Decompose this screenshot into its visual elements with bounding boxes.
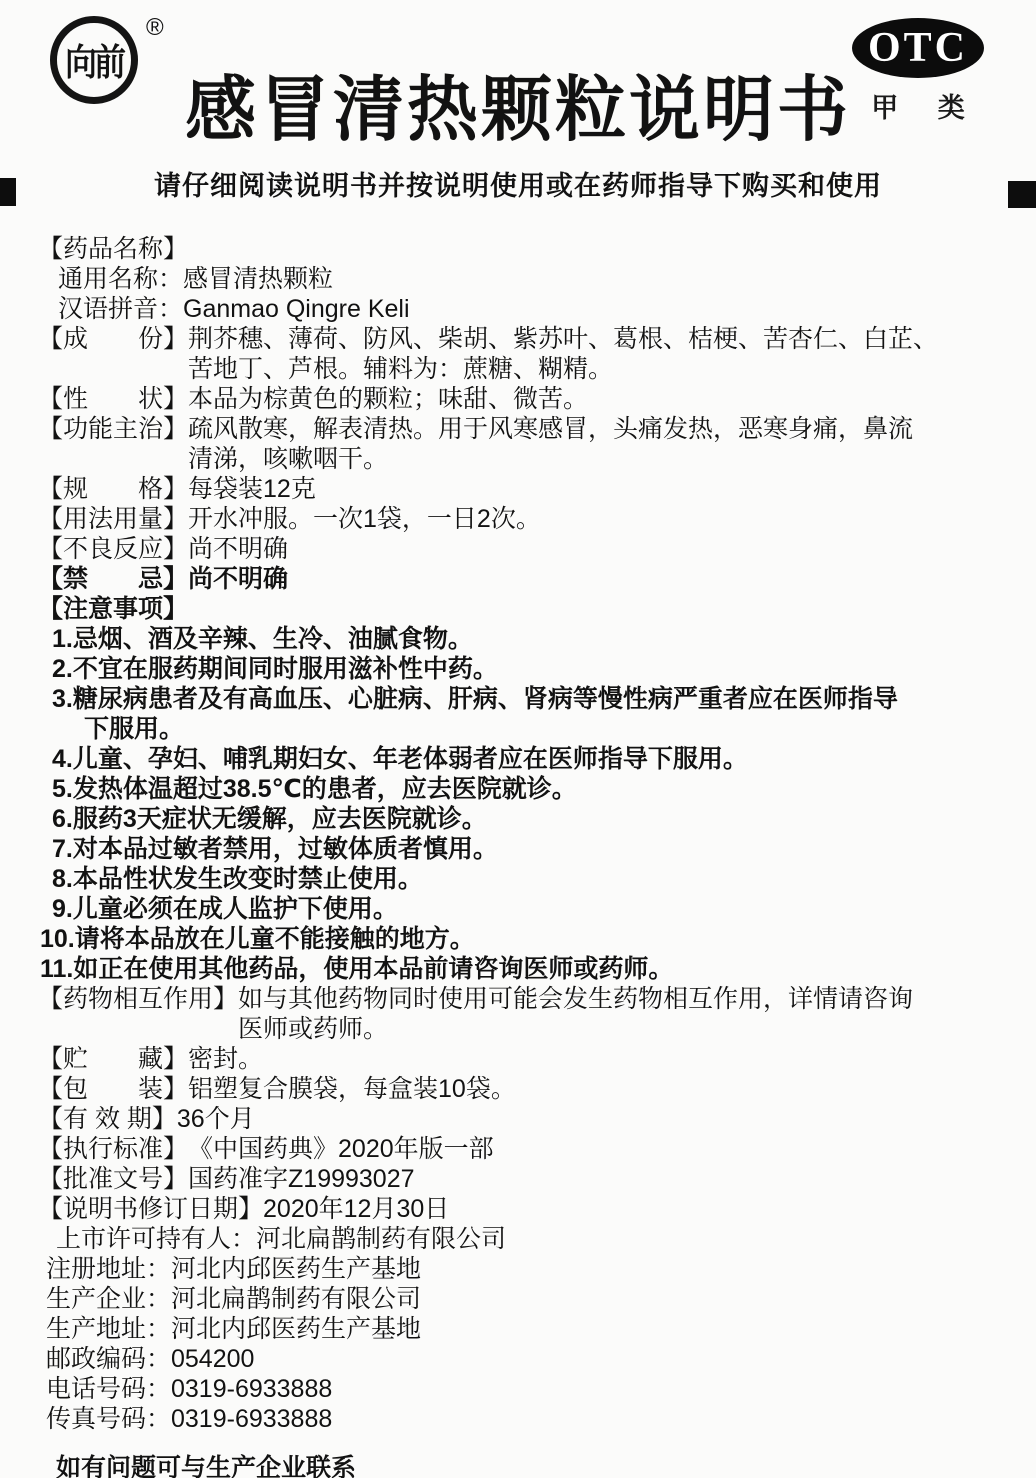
registered-trademark-icon: ® — [146, 14, 164, 42]
section-drug-name: 【药品名称】 — [38, 234, 1004, 264]
otc-badge: OTC 甲 类 — [848, 18, 988, 125]
section-label: 【贮 藏】 — [38, 1044, 188, 1074]
fax-number-line: 传真号码：0319-6933888 — [38, 1404, 1004, 1434]
section-text: 《中国药典》2020年版一部 — [188, 1134, 1004, 1164]
section-properties: 【性 状】 本品为棕黄色的颗粒；味甜、微苦。 — [38, 384, 1004, 414]
functions-line-1: 疏风散寒，解表清热。用于风寒感冒，头痛发热，恶寒身痛，鼻流 — [188, 414, 1004, 444]
phone-number-line: 电话号码：0319-6933888 — [38, 1374, 1004, 1404]
precaution-item-4: 4.儿童、孕妇、哺乳期妇女、年老体弱者应在医师指导下服用。 — [38, 744, 1004, 774]
section-executive-standard: 【执行标准】 《中国药典》2020年版一部 — [38, 1134, 1004, 1164]
section-label: 【药物相互作用】 — [38, 984, 238, 1014]
precaution-item-1: 1.忌烟、酒及辛辣、生冷、油腻食物。 — [38, 624, 1004, 654]
otc-oval-icon: OTC — [852, 18, 984, 78]
section-text: 本品为棕黄色的颗粒；味甜、微苦。 — [188, 384, 1004, 414]
otc-class-label: 甲 类 — [848, 86, 988, 125]
section-approval-number: 【批准文号】 国药准字Z19993027 — [38, 1164, 1004, 1194]
section-text: 如与其他药物同时使用可能会发生药物相互作用，详情请咨询 医师或药师。 — [238, 984, 1004, 1044]
section-label: 【禁 忌】 — [38, 564, 188, 594]
section-validity-period: 【有 效 期】 36个月 — [38, 1104, 1004, 1134]
section-label: 【注意事项】 — [38, 594, 188, 624]
section-label: 【用法用量】 — [38, 504, 188, 534]
functions-line-2: 清涕，咳嗽咽干。 — [188, 444, 1004, 474]
interactions-line-1: 如与其他药物同时使用可能会发生药物相互作用，详情请咨询 — [238, 984, 1004, 1014]
section-text: 36个月 — [177, 1104, 1004, 1134]
section-revision-date: 【说明书修订日期】 2020年12月30日 — [38, 1194, 1004, 1224]
section-label: 【性 状】 — [38, 384, 188, 414]
section-text: 2020年12月30日 — [263, 1194, 1004, 1224]
section-ingredients: 【成 份】 荆芥穗、薄荷、防风、柴胡、紫苏叶、葛根、桔梗、苦杏仁、白芷、 苦地丁… — [38, 324, 1004, 384]
section-label: 【不良反应】 — [38, 534, 188, 564]
section-storage: 【贮 藏】 密封。 — [38, 1044, 1004, 1074]
section-label: 【功能主治】 — [38, 414, 188, 444]
section-text: 尚不明确 — [188, 564, 1004, 594]
section-label: 【执行标准】 — [38, 1134, 188, 1164]
interactions-line-2: 医师或药师。 — [238, 1014, 1004, 1044]
section-text: 开水冲服。一次1袋，一日2次。 — [188, 504, 1004, 534]
pinyin-line: 汉语拼音：Ganmao Qingre Keli — [38, 294, 1004, 324]
section-specification: 【规 格】 每袋装12克 — [38, 474, 1004, 504]
section-contraindications: 【禁 忌】 尚不明确 — [38, 564, 1004, 594]
section-label: 【成 份】 — [38, 324, 188, 354]
precaution-item-3-continuation: 下服用。 — [38, 714, 1004, 744]
brand-logo-icon: 向前 — [50, 16, 138, 104]
generic-name-line: 通用名称：感冒清热颗粒 — [38, 264, 1004, 294]
page-edge-tab-left — [0, 178, 16, 206]
production-address-line: 生产地址：河北内邱医药生产基地 — [38, 1314, 1004, 1344]
precaution-item-3: 3.糖尿病患者及有高血压、心脏病、肝病、肾病等慢性病严重者应在医师指导 — [38, 684, 1004, 714]
precaution-item-11: 11.如正在使用其他药品，使用本品前请咨询医师或药师。 — [38, 954, 1004, 984]
precaution-item-5: 5.发热体温超过38.5℃的患者，应去医院就诊。 — [38, 774, 1004, 804]
precaution-item-8: 8.本品性状发生改变时禁止使用。 — [38, 864, 1004, 894]
leaflet-body: 【药品名称】 通用名称：感冒清热颗粒 汉语拼音：Ganmao Qingre Ke… — [0, 228, 1036, 1224]
section-label: 【批准文号】 — [38, 1164, 188, 1194]
section-label: 【说明书修订日期】 — [38, 1194, 263, 1224]
precaution-item-6: 6.服药3天症状无缓解，应去医院就诊。 — [38, 804, 1004, 834]
contact-manufacturer-note: 如有问题可与生产企业联系 — [0, 1448, 1036, 1478]
brand-logo: 向前 ® — [50, 16, 170, 126]
brand-logo-glyphs: 向前 — [65, 34, 123, 87]
section-packaging: 【包 装】 铝塑复合膜袋，每盒装10袋。 — [38, 1074, 1004, 1104]
postal-code-line: 邮政编码：054200 — [38, 1344, 1004, 1374]
section-text: 疏风散寒，解表清热。用于风寒感冒，头痛发热，恶寒身痛，鼻流 清涕，咳嗽咽干。 — [188, 414, 1004, 474]
license-holder-line: 上市许可持有人：河北扁鹊制药有限公司 — [38, 1224, 1004, 1254]
section-label: 【包 装】 — [38, 1074, 188, 1104]
precaution-item-9: 9.儿童必须在成人监护下使用。 — [38, 894, 1004, 924]
precaution-item-7: 7.对本品过敏者禁用，过敏体质者慎用。 — [38, 834, 1004, 864]
section-precautions: 【注意事项】 — [38, 594, 1004, 624]
read-instructions-notice: 请仔细阅读说明书并按说明使用或在药师指导下购买和使用 — [0, 164, 1036, 203]
drug-leaflet-page: 向前 ® OTC 甲 类 感冒清热颗粒说明书 请仔细阅读说明书并按说明使用或在药… — [0, 0, 1036, 1478]
section-drug-interactions: 【药物相互作用】 如与其他药物同时使用可能会发生药物相互作用，详情请咨询 医师或… — [38, 984, 1004, 1044]
registered-address-line: 注册地址：河北内邱医药生产基地 — [38, 1254, 1004, 1284]
leaflet-header: 向前 ® OTC 甲 类 感冒清热颗粒说明书 请仔细阅读说明书并按说明使用或在药… — [0, 0, 1036, 228]
section-adverse-reactions: 【不良反应】 尚不明确 — [38, 534, 1004, 564]
manufacturer-line: 生产企业：河北扁鹊制药有限公司 — [38, 1284, 1004, 1314]
section-functions: 【功能主治】 疏风散寒，解表清热。用于风寒感冒，头痛发热，恶寒身痛，鼻流 清涕，… — [38, 414, 1004, 474]
section-text: 国药准字Z19993027 — [188, 1164, 1004, 1194]
precaution-item-2: 2.不宜在服药期间同时服用滋补性中药。 — [38, 654, 1004, 684]
section-usage-dosage: 【用法用量】 开水冲服。一次1袋，一日2次。 — [38, 504, 1004, 534]
section-text: 尚不明确 — [188, 534, 1004, 564]
precautions-list: 1.忌烟、酒及辛辣、生冷、油腻食物。 2.不宜在服药期间同时服用滋补性中药。 3… — [38, 624, 1004, 984]
section-label: 【有 效 期】 — [38, 1104, 177, 1134]
ingredients-line-1: 荆芥穗、薄荷、防风、柴胡、紫苏叶、葛根、桔梗、苦杏仁、白芷、 — [188, 324, 1004, 354]
section-label: 【规 格】 — [38, 474, 188, 504]
section-label: 【药品名称】 — [38, 234, 188, 264]
manufacturer-contact-block: 上市许可持有人：河北扁鹊制药有限公司 注册地址：河北内邱医药生产基地 生产企业：… — [0, 1224, 1036, 1434]
section-text: 荆芥穗、薄荷、防风、柴胡、紫苏叶、葛根、桔梗、苦杏仁、白芷、 苦地丁、芦根。辅料… — [188, 324, 1004, 384]
section-text: 每袋装12克 — [188, 474, 1004, 504]
ingredients-line-2: 苦地丁、芦根。辅料为：蔗糖、糊精。 — [188, 354, 1004, 384]
section-text: 铝塑复合膜袋，每盒装10袋。 — [188, 1074, 1004, 1104]
page-edge-tab-right — [1008, 181, 1036, 208]
precaution-item-10: 10.请将本品放在儿童不能接触的地方。 — [38, 924, 1004, 954]
section-text: 密封。 — [188, 1044, 1004, 1074]
